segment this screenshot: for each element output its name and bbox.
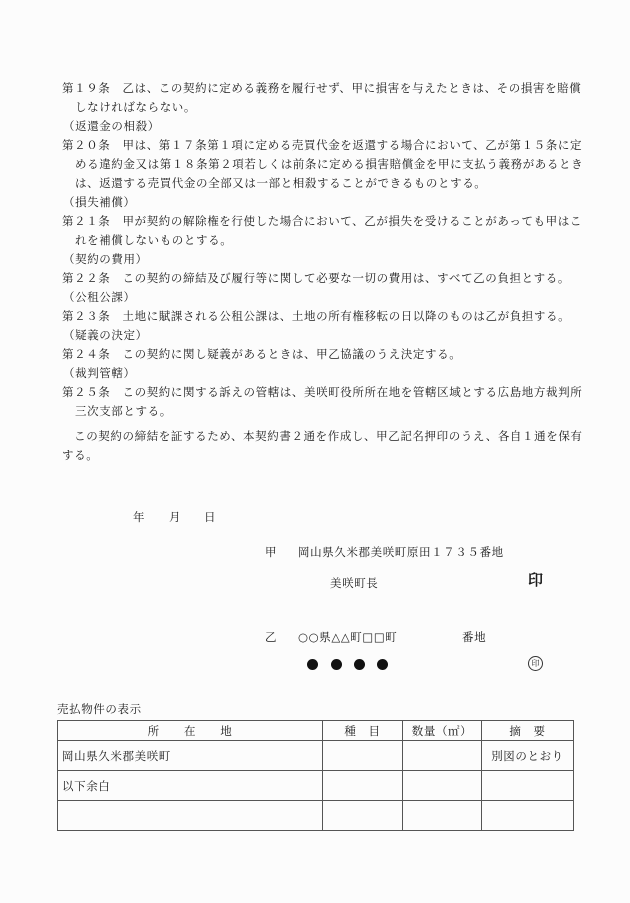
article-heading-loss-compensation: （損失補償）	[62, 193, 570, 212]
article-19-line-2: しなければならない。	[62, 98, 570, 117]
header-location: 所 在 地	[58, 721, 323, 741]
closing-line-2: する。	[62, 446, 570, 465]
article-21-line-2: れを補償しないものとする。	[62, 231, 570, 250]
article-19-line-1: 第１９条 乙は、この契約に定める義務を履行せず、甲に損害を与えたときは、その損害…	[62, 79, 570, 98]
masked-name-dot-icon	[354, 659, 365, 670]
party-a-label: 甲	[265, 544, 277, 560]
property-table: 所 在 地 種 目 数量（㎡） 摘 要 岡山県久米郡美咲町 別図のとおり 以下余…	[57, 720, 574, 831]
party-b-address: ○○県△△町□□町	[298, 629, 397, 645]
header-remarks: 摘 要	[482, 721, 574, 741]
cell-remarks	[482, 801, 574, 831]
cell-category	[323, 771, 403, 801]
header-quantity: 数量（㎡）	[403, 721, 482, 741]
party-a-address: 岡山県久米郡美咲町原田１７３５番地	[298, 544, 504, 560]
cell-remarks: 別図のとおり	[482, 741, 574, 771]
party-a-name: 美咲町長	[330, 575, 378, 591]
party-b-seal-icon: 印	[528, 656, 543, 671]
cell-remarks	[482, 771, 574, 801]
article-23-line-1: 第２３条 土地に賦課される公租公課は、土地の所有権移転の日以降のものは乙が負担す…	[62, 307, 570, 326]
date-day-label: 日	[204, 509, 216, 525]
cell-quantity	[403, 771, 482, 801]
party-b-label: 乙	[265, 629, 277, 645]
table-row: 以下余白	[58, 771, 574, 801]
closing-paragraph: この契約の締結を証するため、本契約書２通を作成し、甲乙記名押印のうえ、各自１通を…	[62, 427, 570, 465]
closing-line-1: この契約の締結を証するため、本契約書２通を作成し、甲乙記名押印のうえ、各自１通を…	[62, 427, 570, 446]
article-heading-contract-costs: （契約の費用）	[62, 250, 570, 269]
cell-category	[323, 741, 403, 771]
article-heading-taxes: （公租公課）	[62, 288, 570, 307]
masked-name-dot-icon	[377, 659, 388, 670]
article-22-line-1: 第２２条 この契約の締結及び履行等に関して必要な一切の費用は、すべて乙の負担とす…	[62, 269, 570, 288]
article-heading-jurisdiction: （裁判管轄）	[62, 364, 570, 383]
table-row	[58, 801, 574, 831]
date-year-label: 年	[133, 509, 145, 525]
contract-page: 第１９条 乙は、この契約に定める義務を履行せず、甲に損害を与えたときは、その損害…	[0, 0, 630, 903]
date-month-label: 月	[169, 509, 181, 525]
header-category: 種 目	[323, 721, 403, 741]
article-25-line-2: 三次支部とする。	[62, 402, 570, 421]
property-table-caption: 売払物件の表示	[57, 701, 142, 717]
article-heading-doubts: （疑義の決定）	[62, 326, 570, 345]
cell-quantity	[403, 801, 482, 831]
cell-category	[323, 801, 403, 831]
cell-quantity	[403, 741, 482, 771]
cell-location: 岡山県久米郡美咲町	[58, 741, 323, 771]
article-20-line-3: は、返還する売買代金の全部又は一部と相殺することができるものとする。	[62, 174, 570, 193]
cell-location	[58, 801, 323, 831]
article-20-line-1: 第２０条 甲は、第１７条第１項に定める売買代金を返還する場合において、乙が第１５…	[62, 136, 570, 155]
table-header-row: 所 在 地 種 目 数量（㎡） 摘 要	[58, 721, 574, 741]
table-row: 岡山県久米郡美咲町 別図のとおり	[58, 741, 574, 771]
article-25-line-1: 第２５条 この契約に関する訴えの管轄は、美咲町役所所在地を管轄区域とする広島地方…	[62, 383, 570, 402]
party-a-seal-icon: 印	[528, 572, 543, 588]
masked-name-dot-icon	[307, 659, 318, 670]
party-b-address-suffix: 番地	[462, 629, 486, 645]
article-24-line-1: 第２４条 この契約に関し疑義があるときは、甲乙協議のうえ決定する。	[62, 345, 570, 364]
contract-articles: 第１９条 乙は、この契約に定める義務を履行せず、甲に損害を与えたときは、その損害…	[62, 79, 570, 421]
article-heading-offset: （返還金の相殺）	[62, 117, 570, 136]
masked-name-dot-icon	[331, 659, 342, 670]
cell-location: 以下余白	[58, 771, 323, 801]
article-20-line-2: める違約金又は第１８条第２項若しくは前条に定める損害賠償金を甲に支払う義務がある…	[62, 155, 570, 174]
article-21-line-1: 第２１条 甲が契約の解除権を行使した場合において、乙が損失を受けることがあっても…	[62, 212, 570, 231]
